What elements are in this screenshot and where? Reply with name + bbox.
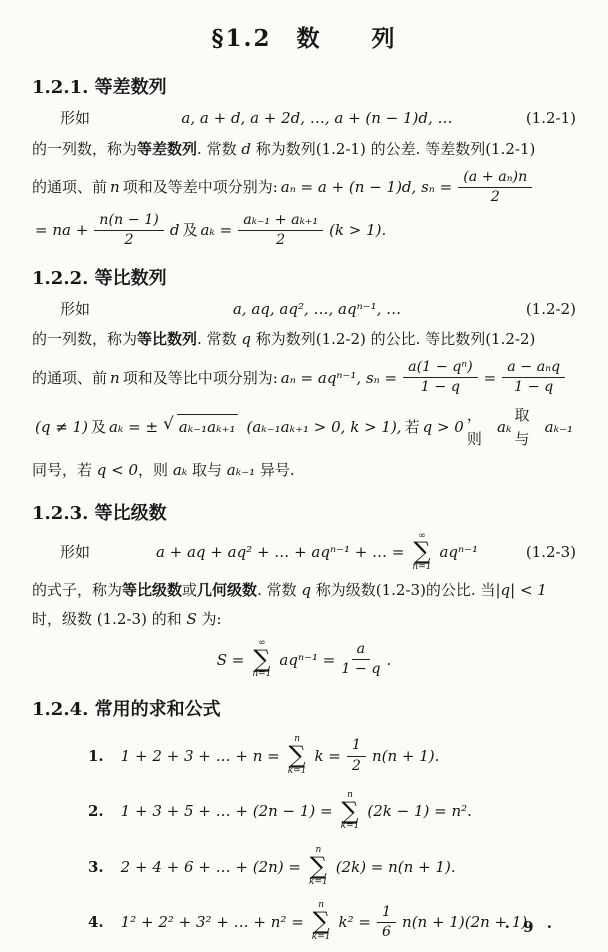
numbered-equation-122: 形如 a, aq, aq², …, aqⁿ⁻¹, … (1.2-2) <box>32 297 576 323</box>
equation-number: (1.2-2) <box>514 297 576 323</box>
text-run: 及 <box>182 218 197 242</box>
text-run: 若 <box>405 415 420 439</box>
math-run: n(n + 1). <box>372 747 439 765</box>
sum-lower-limit: k=1 <box>288 767 307 777</box>
paragraph-line: 同号，若 q < 0，则 aₖ 取与 aₖ₋₁ 异号. <box>32 457 576 484</box>
bold-term: 等差数列 <box>137 140 197 158</box>
text-run: . 常数 <box>197 140 241 158</box>
paragraph-line: (q ≠ 1) 及 aₖ = ± √ aₖ₋₁aₖ₊₁ (aₖ₋₁aₖ₊₁ > … <box>32 403 576 451</box>
math-run: (2k) = n(n + 1). <box>336 858 456 876</box>
math-run: n <box>110 366 120 390</box>
text-run: 项和及等差中项分别为: <box>123 175 278 199</box>
math-run: a + aq + aq² + … + aqⁿ⁻¹ + … = <box>156 540 404 566</box>
sigma-icon: ∑ <box>413 541 430 563</box>
text-run: 称为级数(1.2-3)的公比. 当 <box>311 581 495 599</box>
fraction-denominator: 1 − q <box>341 660 380 678</box>
sigma-icon: ∑ <box>253 649 270 671</box>
math-fraction: 1 2 <box>347 737 366 774</box>
text-run: 取与 <box>187 461 227 479</box>
fraction-numerator: a − aₙq <box>502 359 565 378</box>
math-run: aₖ = <box>200 218 232 242</box>
math-fraction: a − aₙq 1 − q <box>502 359 565 396</box>
text-run: 时，级数 (1.2-3) 的和 <box>32 610 186 628</box>
fraction-denominator: 2 <box>491 188 500 206</box>
math-run: aₖ <box>173 461 187 479</box>
paragraph-line: 时，级数 (1.2-3) 的和 S 为: <box>32 606 576 633</box>
math-run: k² = <box>339 913 371 931</box>
fraction-denominator: 2 <box>125 231 134 249</box>
text-run: . 常数 <box>257 581 301 599</box>
page-title: §1.2 数 列 <box>32 20 576 53</box>
lead-word: 形如 <box>32 297 120 323</box>
text-run: 项和及等比中项分别为: <box>123 366 278 390</box>
fraction-numerator: a <box>352 641 371 660</box>
bold-term: 等比数列 <box>137 330 197 348</box>
display-formula: S = ∞ ∑ n=1 aqⁿ⁻¹ = a 1 − q . <box>32 639 576 680</box>
sigma-icon: ∑ <box>313 911 330 933</box>
sum-lower-limit: k=1 <box>309 878 328 888</box>
text-run: 及 <box>91 415 106 439</box>
equation-body: a, a + d, a + 2d, …, a + (n − 1)d, … <box>120 106 514 132</box>
text-run: 为: <box>197 610 222 628</box>
paragraph-line: 的通项、前 n 项和及等差中项分别为: aₙ = a + (n − 1)d, s… <box>32 169 576 206</box>
math-run: q < 0 <box>97 461 138 479</box>
fraction-denominator: 2 <box>276 231 285 249</box>
math-fraction: aₖ₋₁ + aₖ₊₁ 2 <box>238 212 323 249</box>
numbered-equation-121: 形如 a, a + d, a + 2d, …, a + (n − 1)d, … … <box>32 106 576 132</box>
math-run: = na + <box>35 218 88 242</box>
fraction-denominator: 1 − q <box>514 378 553 396</box>
lead-word: 形如 <box>32 540 120 566</box>
math-run: n <box>110 175 120 199</box>
math-run: = <box>484 366 497 390</box>
math-run: S = <box>217 648 245 672</box>
fraction-denominator: 1 − q <box>421 378 460 396</box>
math-fraction: 1 6 <box>377 904 396 941</box>
formula-item-4: 4. 1² + 2² + 3² + … + n² = n ∑ k=1 k² = … <box>32 901 576 942</box>
summation: n ∑ k=1 <box>341 791 360 832</box>
math-run: q > 0 <box>423 415 464 439</box>
numbered-equation-123: 形如 a + aq + aq² + … + aqⁿ⁻¹ + … = ∞ ∑ n=… <box>32 532 576 573</box>
math-run: (2k − 1) = n². <box>367 802 472 820</box>
scanned-textbook-page: §1.2 数 列 1.2.1. 等差数列 形如 a, a + d, a + 2d… <box>0 0 608 952</box>
paragraph-line: 的通项、前 n 项和及等比中项分别为: aₙ = aqⁿ⁻¹, sₙ = a(1… <box>32 359 576 396</box>
radical-icon: √ <box>163 414 174 433</box>
item-number: 4. <box>88 913 104 931</box>
math-run: aₖ = ± <box>109 415 158 439</box>
bold-term: 等比级数 <box>122 581 182 599</box>
page-number: · 9 · <box>505 918 556 936</box>
text-run: 的一列数，称为 <box>32 330 137 348</box>
item-number: 3. <box>88 858 104 876</box>
text-run: 异号. <box>255 461 295 479</box>
section-heading-124: 1.2.4. 常用的求和公式 <box>32 695 576 721</box>
formula-item-3: 3. 2 + 4 + 6 + … + (2n) = n ∑ k=1 (2k) =… <box>32 846 576 887</box>
text-run: 取与 <box>514 403 541 451</box>
math-run: aqⁿ⁻¹ <box>439 540 478 566</box>
sum-lower-limit: n=1 <box>412 563 431 573</box>
bold-term: 几何级数 <box>197 581 257 599</box>
math-run: S <box>186 610 196 628</box>
text-run: 的式子，称为 <box>32 581 122 599</box>
sum-lower-limit: k=1 <box>312 933 331 943</box>
section-heading-121: 1.2.1. 等差数列 <box>32 73 576 99</box>
square-root: √ aₖ₋₁aₖ₊₁ <box>163 414 241 439</box>
math-run: (q ≠ 1) <box>35 415 88 439</box>
text-run: 称为数列(1.2-2) 的公比. 等比数列(1.2-2) <box>251 330 535 348</box>
fraction-numerator: (a + aₙ)n <box>458 169 532 188</box>
sum-lower-limit: n=1 <box>252 670 271 680</box>
summation: n ∑ k=1 <box>312 901 331 942</box>
math-run: q <box>241 330 251 348</box>
text-run: 或 <box>182 581 197 599</box>
equation-body: a, aq, aq², …, aqⁿ⁻¹, … <box>120 297 514 323</box>
sum-lower-limit: k=1 <box>341 822 360 832</box>
text-run: ，则 <box>467 403 494 451</box>
text-run: 的通项、前 <box>32 175 107 199</box>
fraction-denominator: 2 <box>352 757 361 775</box>
math-run: d <box>241 140 251 158</box>
summation: ∞ ∑ n=1 <box>252 639 271 680</box>
math-run: (aₖ₋₁aₖ₊₁ > 0, k > 1), <box>246 415 401 439</box>
section-heading-123: 1.2.3. 等比级数 <box>32 499 576 525</box>
math-fraction: a 1 − q <box>341 641 380 678</box>
paragraph-line: 的一列数，称为等比数列. 常数 q 称为数列(1.2-2) 的公比. 等比数列(… <box>32 326 576 353</box>
formula-item-1: 1. 1 + 2 + 3 + … + n = n ∑ k=1 k = 1 2 n… <box>32 735 576 776</box>
lead-word: 形如 <box>32 106 120 132</box>
equation-number: (1.2-3) <box>514 540 576 566</box>
text-run: 的一列数，称为 <box>32 140 137 158</box>
math-run: aₙ = a + (n − 1)d, sₙ = <box>281 175 452 199</box>
text-run: . 常数 <box>197 330 241 348</box>
math-run: (k > 1). <box>329 218 386 242</box>
fraction-numerator: a(1 − qⁿ) <box>403 359 478 378</box>
math-fraction: n(n − 1) 2 <box>94 212 164 249</box>
math-run: k = <box>314 747 340 765</box>
formula-line: = na + n(n − 1) 2 d 及 aₖ = aₖ₋₁ + aₖ₊₁ 2… <box>32 212 576 249</box>
math-run: aₙ = aqⁿ⁻¹, sₙ = <box>281 366 397 390</box>
text-run: 的通项、前 <box>32 366 107 390</box>
math-fraction: (a + aₙ)n 2 <box>458 169 532 206</box>
math-run: 1 + 2 + 3 + … + n = <box>121 747 280 765</box>
sigma-icon: ∑ <box>310 856 327 878</box>
item-number: 2. <box>88 802 104 820</box>
radicand: aₖ₋₁aₖ₊₁ <box>177 414 239 439</box>
equation-body: a + aq + aq² + … + aqⁿ⁻¹ + … = ∞ ∑ n=1 a… <box>120 532 514 573</box>
math-run: . <box>387 648 392 672</box>
math-run: q <box>301 581 311 599</box>
fraction-denominator: 6 <box>382 923 391 941</box>
math-run: 2 + 4 + 6 + … + (2n) = <box>121 858 301 876</box>
math-run: 1 + 3 + 5 + … + (2n − 1) = <box>121 802 333 820</box>
math-fraction: a(1 − qⁿ) 1 − q <box>403 359 478 396</box>
section-heading-122: 1.2.2. 等比数列 <box>32 264 576 290</box>
sigma-icon: ∑ <box>341 801 358 823</box>
summation: n ∑ k=1 <box>309 846 328 887</box>
fraction-numerator: aₖ₋₁ + aₖ₊₁ <box>238 212 323 231</box>
summation: ∞ ∑ n=1 <box>412 532 431 573</box>
text-run: 同号，若 <box>32 461 97 479</box>
item-number: 1. <box>88 747 104 765</box>
text-run: ，则 <box>138 461 173 479</box>
summation: n ∑ k=1 <box>288 735 307 776</box>
fraction-numerator: n(n − 1) <box>94 212 164 231</box>
math-run: aₖ₋₁ <box>545 415 573 439</box>
math-run: d <box>170 218 180 242</box>
math-run: aqⁿ⁻¹ = <box>279 648 335 672</box>
math-run: aₖ₋₁ <box>227 461 255 479</box>
formula-item-2: 2. 1 + 3 + 5 + … + (2n − 1) = n ∑ k=1 (2… <box>32 791 576 832</box>
paragraph-line: 的式子，称为等比级数或几何级数. 常数 q 称为级数(1.2-3)的公比. 当|… <box>32 577 576 604</box>
fraction-numerator: 1 <box>347 737 366 756</box>
fraction-numerator: 1 <box>377 904 396 923</box>
math-run: aₖ <box>497 415 511 439</box>
equation-number: (1.2-1) <box>514 106 576 132</box>
math-run: |q| < 1 <box>495 581 546 599</box>
text-run: 称为数列(1.2-1) 的公差. 等差数列(1.2-1) <box>251 140 535 158</box>
math-run: 1² + 2² + 3² + … + n² = <box>121 913 304 931</box>
sigma-icon: ∑ <box>289 745 306 767</box>
paragraph-line: 的一列数，称为等差数列. 常数 d 称为数列(1.2-1) 的公差. 等差数列(… <box>32 136 576 163</box>
